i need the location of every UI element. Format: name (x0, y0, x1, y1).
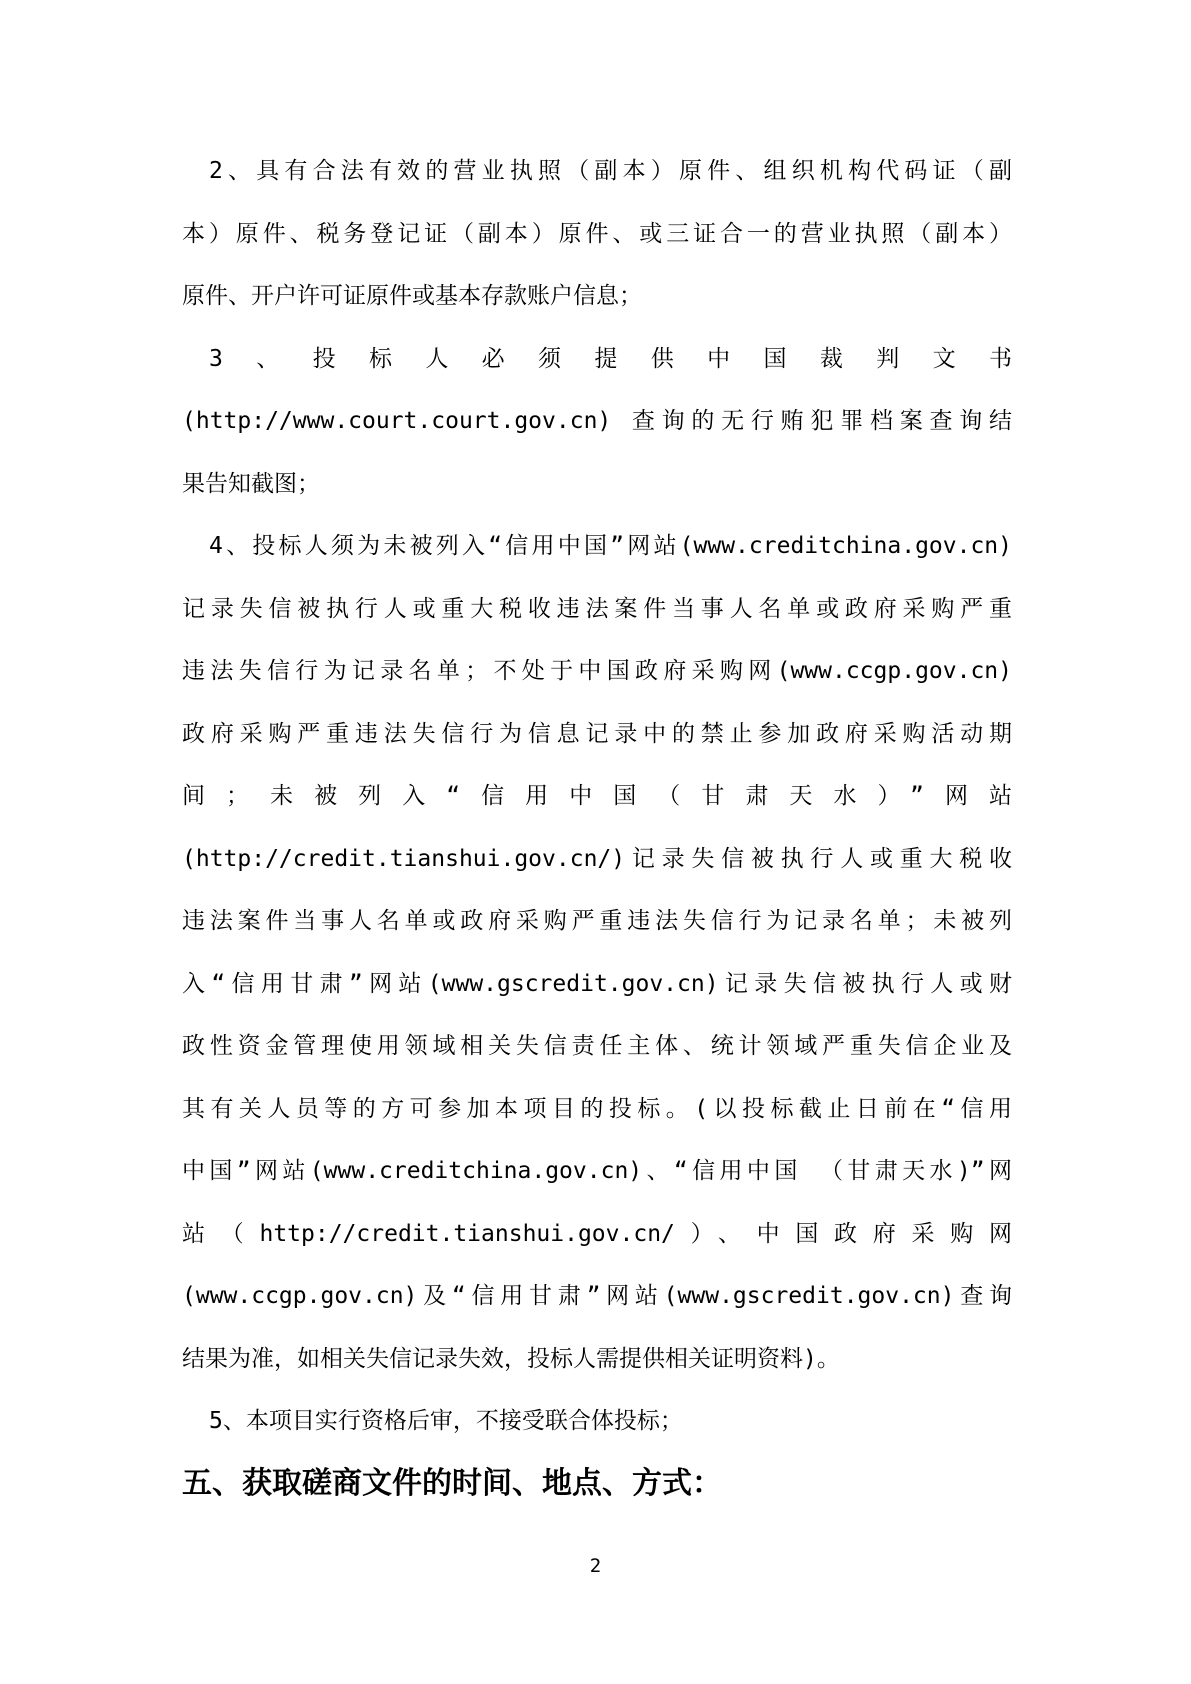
text-line: 记录失信被执行人或重大税收违法案件当事人名单或政府采购严重 (182, 578, 1012, 641)
text-line: 中国”网站(www.creditchina.gov.cn)、“信用中国 （甘肃天… (182, 1140, 1012, 1203)
text-line: (http://www.court.court.gov.cn) 查询的无行贿犯罪… (182, 390, 1012, 453)
text-line: 违法案件当事人名单或政府采购严重违法失信行为记录名单；未被列 (182, 890, 1012, 953)
text-line: (www.ccgp.gov.cn)及“信用甘肃”网站(www.gscredit.… (182, 1265, 1012, 1328)
body-paragraph: 5、本项目实行资格后审，不接受联合体投标； (182, 1390, 1012, 1453)
document-page: 2、具有合法有效的营业执照（副本）原件、组织机构代码证（副本）原件、税务登记证（… (0, 0, 1191, 1684)
text-line: 3、投标人必须提供中国裁判文书 (182, 328, 1012, 391)
text-line: 原件、开户许可证原件或基本存款账户信息； (182, 265, 1012, 328)
text-line: 4、投标人须为未被列入“信用中国”网站(www.creditchina.gov.… (182, 515, 1012, 578)
document-content: 2、具有合法有效的营业执照（副本）原件、组织机构代码证（副本）原件、税务登记证（… (182, 140, 1012, 1515)
text-line: 其有关人员等的方可参加本项目的投标。(以投标截止日前在“信用 (182, 1078, 1012, 1141)
text-line: 政性资金管理使用领域相关失信责任主体、统计领域严重失信企业及 (182, 1015, 1012, 1078)
text-line: 政府采购严重违法失信行为信息记录中的禁止参加政府采购活动期 (182, 703, 1012, 766)
text-line: 间；未被列入“信用中国（甘肃天水）”网站 (182, 765, 1012, 828)
text-line: 2、具有合法有效的营业执照（副本）原件、组织机构代码证（副 (182, 140, 1012, 203)
text-line: 果告知截图； (182, 453, 1012, 516)
text-line: 5、本项目实行资格后审，不接受联合体投标； (182, 1390, 1012, 1453)
body-paragraph: 2、具有合法有效的营业执照（副本）原件、组织机构代码证（副本）原件、税务登记证（… (182, 140, 1012, 328)
body-paragraph: 4、投标人须为未被列入“信用中国”网站(www.creditchina.gov.… (182, 515, 1012, 1390)
text-line: 本）原件、税务登记证（副本）原件、或三证合一的营业执照（副本） (182, 203, 1012, 266)
text-line: 站（http://credit.tianshui.gov.cn/）、中国政府采购… (182, 1203, 1012, 1266)
text-line: 违法失信行为记录名单；不处于中国政府采购网(www.ccgp.gov.cn) (182, 640, 1012, 703)
heading-line: 五、获取磋商文件的时间、地点、方式： (182, 1453, 1012, 1516)
section-heading: 五、获取磋商文件的时间、地点、方式： (182, 1453, 1012, 1516)
text-line: 结果为准，如相关失信记录失效，投标人需提供相关证明资料)。 (182, 1328, 1012, 1391)
body-paragraph: 3、投标人必须提供中国裁判文书(http://www.court.court.g… (182, 328, 1012, 516)
page-number: 2 (0, 1552, 1191, 1580)
text-line: 入“信用甘肃”网站(www.gscredit.gov.cn)记录失信被执行人或财 (182, 953, 1012, 1016)
text-line: (http://credit.tianshui.gov.cn/)记录失信被执行人… (182, 828, 1012, 891)
